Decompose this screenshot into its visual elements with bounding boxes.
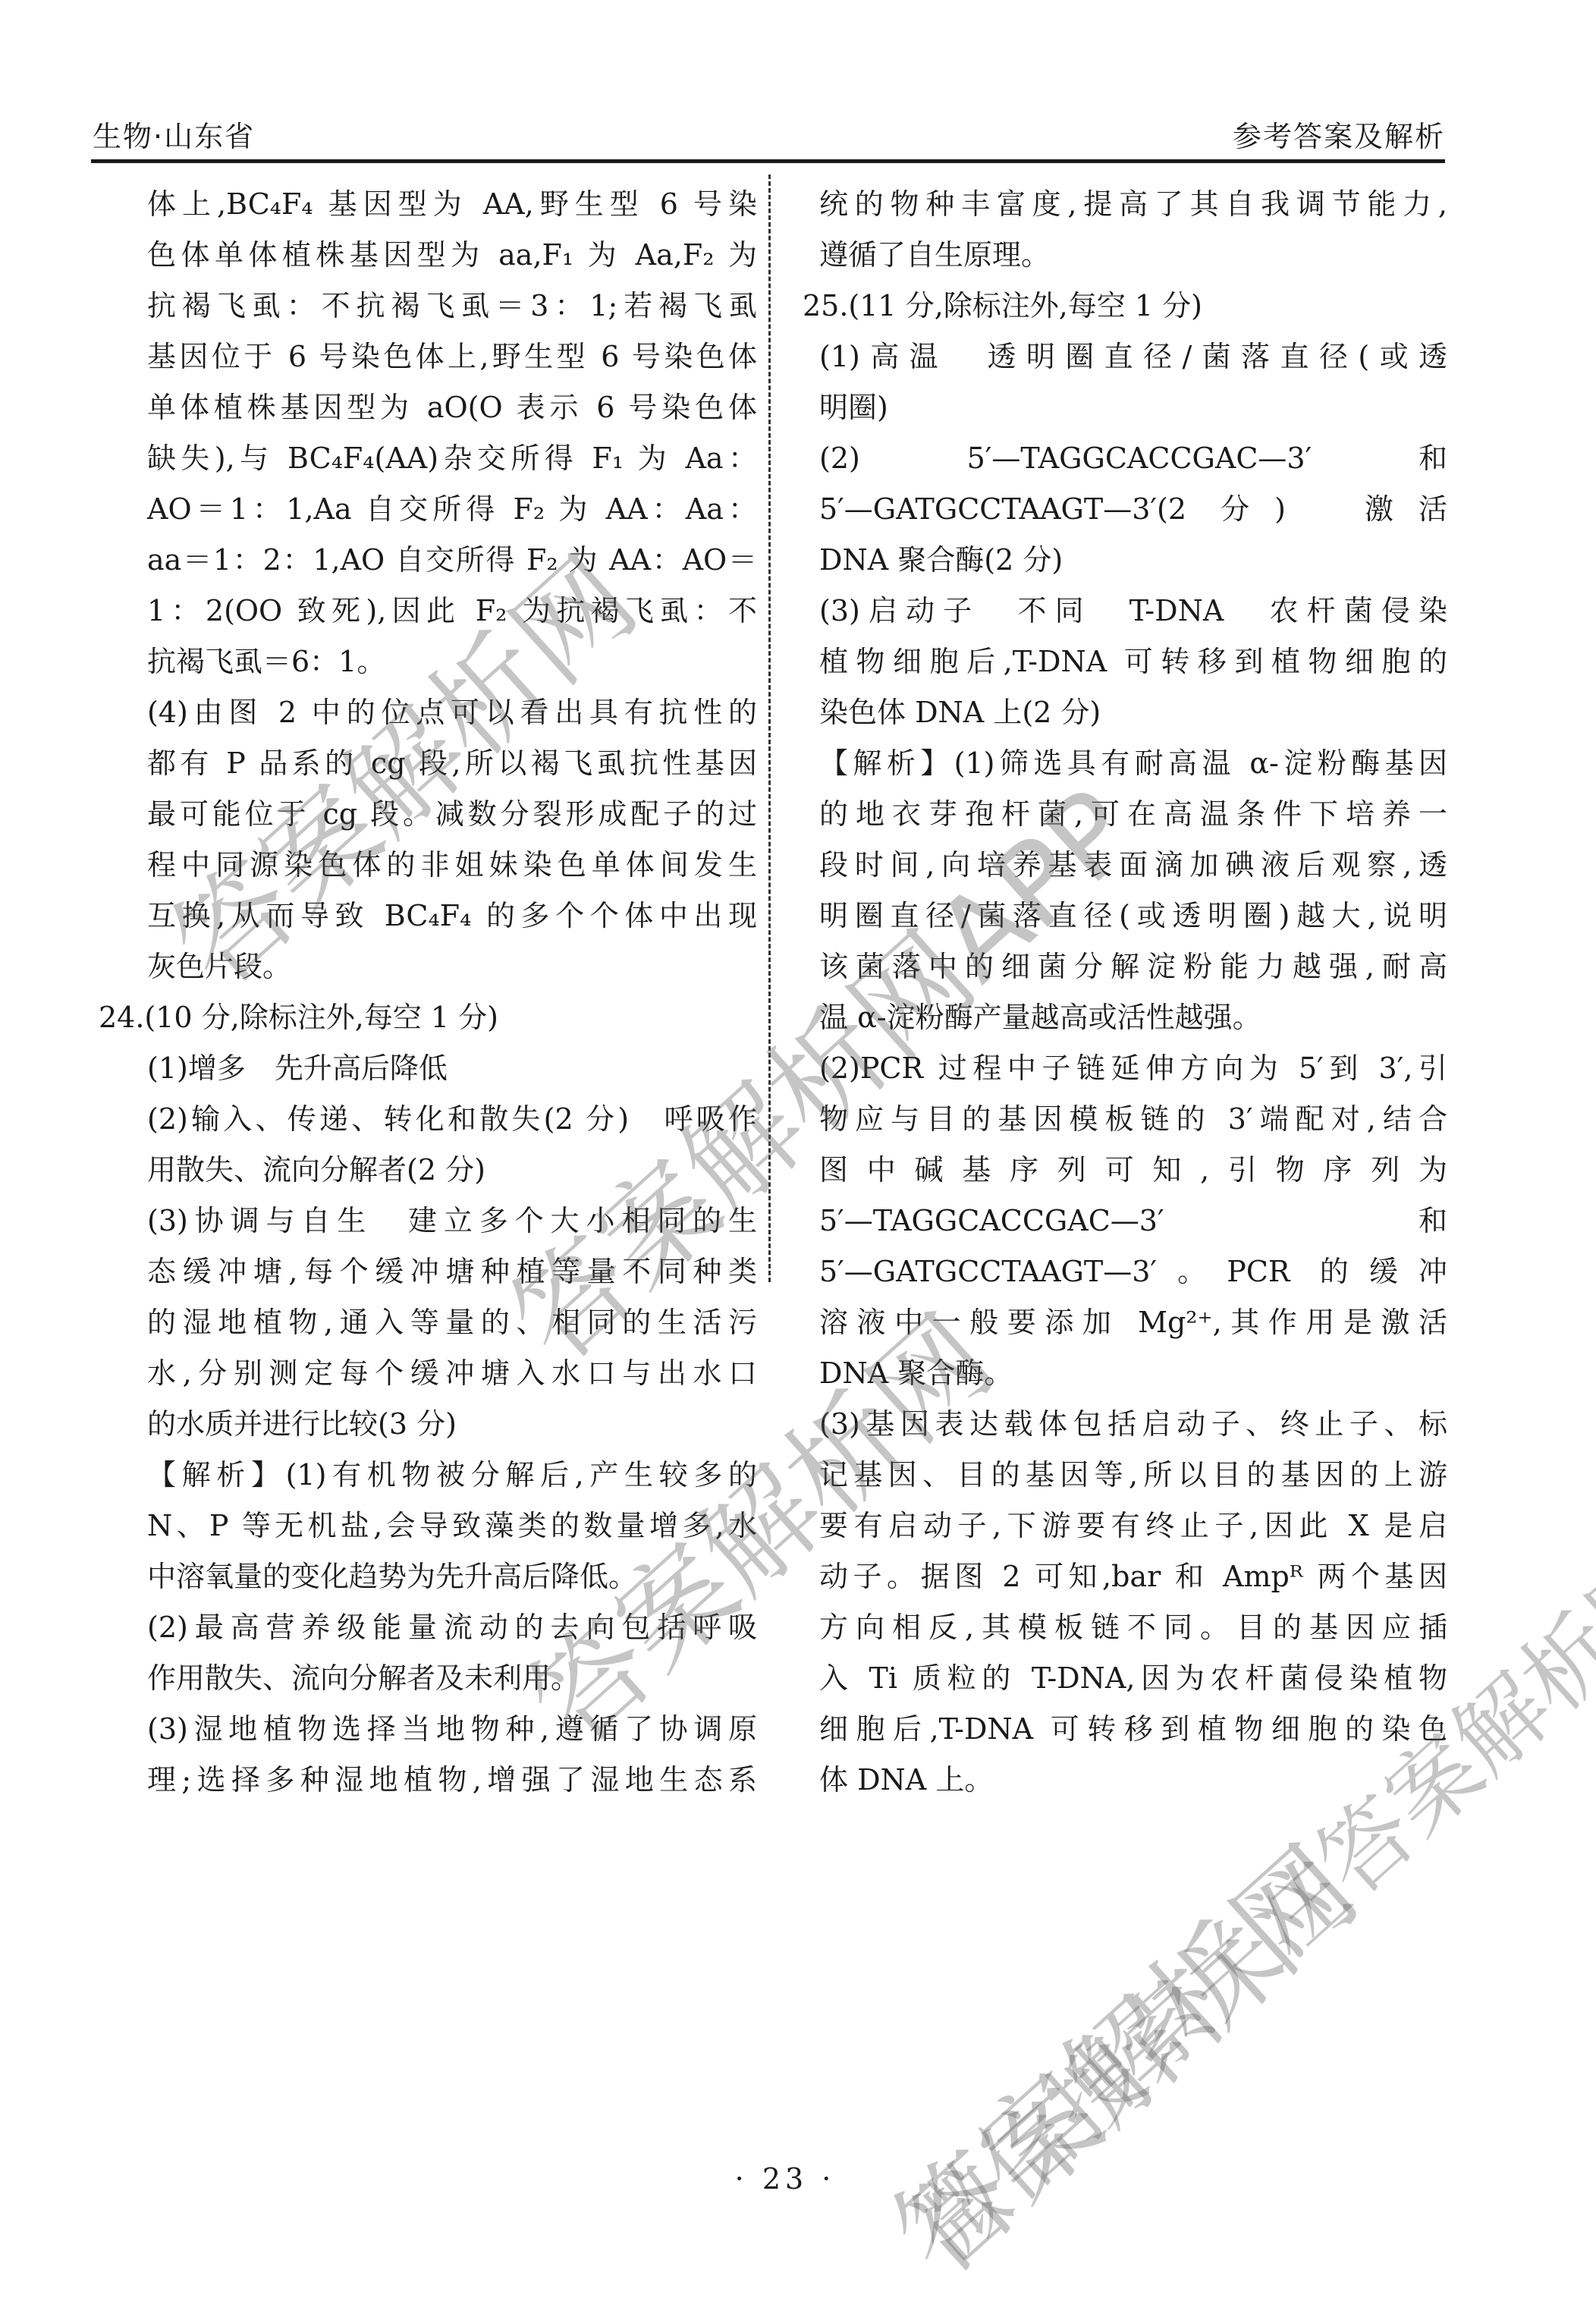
text-line: 中溶氧量的变化趋势为先升高后降低。 [99, 1551, 757, 1602]
text-line: 单体植株基因型为 aO(O 表示 6 号染色体 [99, 382, 757, 433]
text-line: 要有启动子,下游要有终止子,因此 X 是启 [803, 1501, 1447, 1551]
text-line: (2) 5′—TAGGCACCGAC—3′ 和 [803, 433, 1447, 484]
text-line: 统的物种丰富度,提高了其自我调节能力, [803, 179, 1447, 230]
text-line: 植物细胞后,T-DNA 可转移到植物细胞的 [803, 637, 1447, 687]
text-line: 体上,BC₄F₄ 基因型为 AA,野生型 6 号染 [99, 179, 757, 230]
text-line: 都有 P 品系的 cg 段,所以褐飞虱抗性基因 [99, 738, 757, 789]
text-line: 的水质并进行比较(3 分) [99, 1399, 757, 1450]
header-subject: 生物·山东省 [93, 113, 255, 155]
text-line: 染色体 DNA 上(2 分) [803, 687, 1447, 738]
text-line: 用散失、流向分解者(2 分) [99, 1145, 757, 1196]
text-line: 方向相反,其模板链不同。目的基因应插 [803, 1602, 1447, 1653]
text-line: (2)输入、传递、转化和散失(2 分) 呼吸作 [99, 1094, 757, 1145]
text-line: 态缓冲塘,每个缓冲塘种植等量不同种类 [99, 1246, 757, 1297]
text-line: 理;选择多种湿地植物,增强了湿地生态系 [99, 1755, 757, 1806]
header-title: 参考答案及解析 [1233, 113, 1445, 155]
text-line: (1)增多 先升高后降低 [99, 1043, 757, 1094]
question-heading-24: 24.(10 分,除标注外,每空 1 分) [99, 992, 757, 1043]
text-line: 基因位于 6 号染色体上,野生型 6 号染色体 [99, 332, 757, 382]
text-line: 的湿地植物,通入等量的、相同的生活污 [99, 1297, 757, 1348]
text-line: 灰色片段。 [99, 941, 757, 992]
text-line: 缺失),与 BC₄F₄(AA)杂交所得 F₁ 为 Aa： [99, 433, 757, 484]
question-heading-25: 25.(11 分,除标注外,每空 1 分) [803, 281, 1447, 332]
text-line: 该菌落中的细菌分解淀粉能力越强,耐高 [803, 941, 1447, 992]
text-line: (3)协调与自生 建立多个大小相同的生 [99, 1196, 757, 1246]
text-line: 5′—TAGGCACCGAC—3′ 和 [803, 1196, 1447, 1246]
text-line: 水,分别测定每个缓冲塘入水口与出水口 [99, 1348, 757, 1399]
text-line: DNA 聚合酶(2 分) [803, 535, 1447, 586]
text-line: 的地衣芽孢杆菌,可在高温条件下培养一 [803, 789, 1447, 840]
text-line: (4)由图 2 中的位点可以看出具有抗性的 [99, 687, 757, 738]
analysis-line: 【解析】(1)筛选具有耐高温 α-淀粉酶基因 [803, 738, 1447, 789]
left-column: 体上,BC₄F₄ 基因型为 AA,野生型 6 号染 色体单体植株基因型为 aa,… [99, 179, 757, 1806]
text-line: 明圈直径/菌落直径(或透明圈)越大,说明 [803, 891, 1447, 941]
text-line: (2)PCR 过程中子链延伸方向为 5′到 3′,引 [803, 1043, 1447, 1094]
text-line: (2)最高营养级能量流动的去向包括呼吸 [99, 1602, 757, 1653]
text-line: 体 DNA 上。 [803, 1755, 1447, 1806]
text-line: 动子。据图 2 可知,bar 和 Ampᴿ 两个基因 [803, 1551, 1447, 1602]
text-line: 温 α-淀粉酶产量越高或活性越强。 [803, 992, 1447, 1043]
text-line: N、P 等无机盐,会导致藻类的数量增多,水 [99, 1501, 757, 1551]
text-line: DNA 聚合酶。 [803, 1348, 1447, 1399]
text-line: 记基因、目的基因等,所以目的基因的上游 [803, 1450, 1447, 1501]
analysis-line: 【解析】(1)有机物被分解后,产生较多的 [99, 1450, 757, 1501]
text-line: 抗褐飞虱＝6：1。 [99, 637, 757, 687]
text-line: 作用散失、流向分解者及未利用。 [99, 1653, 757, 1704]
text-line: 段时间,向培养基表面滴加碘液后观察,透 [803, 840, 1447, 891]
right-column: 统的物种丰富度,提高了其自我调节能力, 遵循了自生原理。 25.(11 分,除标… [803, 179, 1447, 1806]
text-line: 图中碱基序列可知,引物序列为 [803, 1145, 1447, 1196]
text-line: 程中同源染色体的非姐妹染色单体间发生 [99, 840, 757, 891]
text-line: 5′—GATGCCTAAGT—3′(2 分) 激活 [803, 484, 1447, 535]
text-line: (3)启动子 不同 T-DNA 农杆菌侵染 [803, 586, 1447, 637]
page-number: · 23 · [0, 2162, 1570, 2196]
text-line: 遵循了自生原理。 [803, 230, 1447, 281]
column-divider [768, 174, 771, 1282]
text-line: 抗褐飞虱：不抗褐飞虱＝3：1;若褐飞虱 [99, 281, 757, 332]
text-line: 1：2(OO 致死),因此 F₂ 为抗褐飞虱：不 [99, 586, 757, 637]
text-line: 色体单体植株基因型为 aa,F₁ 为 Aa,F₂ 为 [99, 230, 757, 281]
text-line: (3)湿地植物选择当地物种,遵循了协调原 [99, 1704, 757, 1755]
page-header: 生物·山东省 参考答案及解析 [91, 114, 1445, 163]
text-line: 最可能位于 cg 段。减数分裂形成配子的过 [99, 789, 757, 840]
text-line: aa＝1：2：1,AO 自交所得 F₂ 为 AA：AO＝ [99, 535, 757, 586]
text-line: 入 Ti 质粒的 T-DNA,因为农杆菌侵染植物 [803, 1653, 1447, 1704]
text-line: 互换,从而导致 BC₄F₄ 的多个个体中出现 [99, 891, 757, 941]
text-line: AO＝1：1,Aa 自交所得 F₂ 为 AA：Aa： [99, 484, 757, 535]
text-line: 溶液中一般要添加 Mg²⁺,其作用是激活 [803, 1297, 1447, 1348]
text-line: (3)基因表达载体包括启动子、终止子、标 [803, 1399, 1447, 1450]
text-line: 细胞后,T-DNA 可转移到植物细胞的染色 [803, 1704, 1447, 1755]
text-line: (1)高温 透明圈直径/菌落直径(或透 [803, 332, 1447, 382]
text-line: 5′—GATGCCTAAGT—3′。PCR 的缓冲 [803, 1246, 1447, 1297]
text-line: 物应与目的基因模板链的 3′端配对,结合 [803, 1094, 1447, 1145]
text-line: 明圈) [803, 382, 1447, 433]
watermark: 答案解析网 [853, 1803, 1385, 2306]
